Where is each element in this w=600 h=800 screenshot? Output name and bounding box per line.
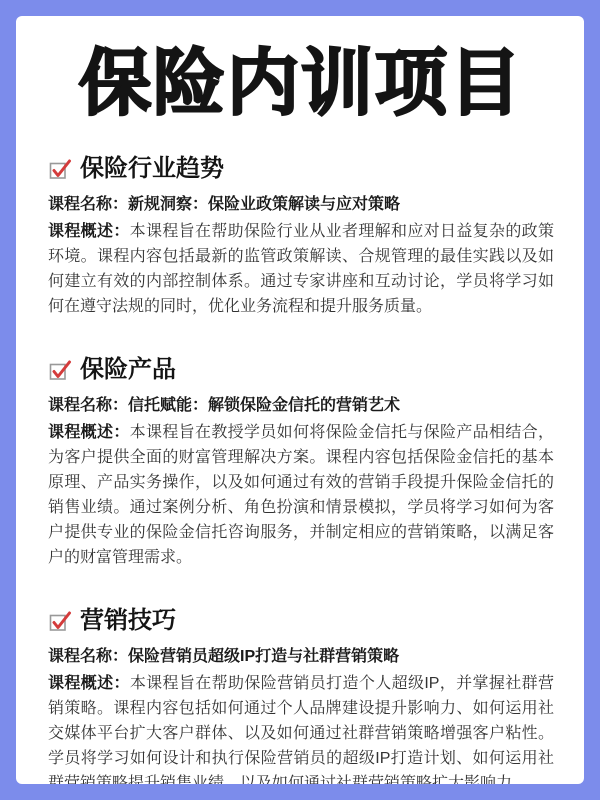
section-title: 保险行业趋势 [80,154,224,184]
course-overview-label: 课程概述： [48,223,130,240]
course-overview-label: 课程概述： [48,424,130,441]
course-name-line: 课程名称：保险营销员超级IP打造与社群营销策略 [48,644,554,669]
poster-panel: 保险内训项目 保险行业趋势 课程名称：新规洞察：保险业政策解读与应对策略 课程概… [16,16,584,784]
checkbox-checked-icon [48,358,72,382]
course-name-label: 课程名称： [48,397,128,414]
course-name-label: 课程名称： [48,648,128,665]
section-heading: 保险产品 [48,355,554,385]
course-name-line: 课程名称：信托赋能：解锁保险金信托的营销艺术 [48,393,554,418]
poster-frame: 保险内训项目 保险行业趋势 课程名称：新规洞察：保险业政策解读与应对策略 课程概… [0,0,600,800]
section-industry-trends: 保险行业趋势 课程名称：新规洞察：保险业政策解读与应对策略 课程概述：本课程旨在… [48,154,554,319]
course-overview-line: 课程概述：本课程旨在帮助保险营销员打造个人超级IP，并掌握社群营销策略。课程内容… [48,671,554,784]
section-insurance-products: 保险产品 课程名称：信托赋能：解锁保险金信托的营销艺术 课程概述：本课程旨在教授… [48,355,554,570]
course-overview-text: 本课程旨在教授学员如何将保险金信托与保险产品相结合，为客户提供全面的财富管理解决… [48,424,554,566]
page-title: 保险内训项目 [48,44,554,124]
section-heading: 保险行业趋势 [48,154,554,184]
course-name-value: 信托赋能：解锁保险金信托的营销艺术 [128,397,400,414]
checkbox-checked-icon [48,609,72,633]
course-overview-label: 课程概述： [48,675,130,692]
section-title: 保险产品 [80,355,176,385]
checkbox-checked-icon [48,157,72,181]
course-overview-line: 课程概述：本课程旨在帮助保险行业从业者理解和应对日益复杂的政策环境。课程内容包括… [48,219,554,319]
section-title: 营销技巧 [80,606,176,636]
course-name-value: 保险营销员超级IP打造与社群营销策略 [128,648,399,665]
course-name-label: 课程名称： [48,196,128,213]
course-name-value: 新规洞察：保险业政策解读与应对策略 [128,196,400,213]
course-overview-line: 课程概述：本课程旨在教授学员如何将保险金信托与保险产品相结合，为客户提供全面的财… [48,420,554,570]
course-name-line: 课程名称：新规洞察：保险业政策解读与应对策略 [48,192,554,217]
section-marketing-skills: 营销技巧 课程名称：保险营销员超级IP打造与社群营销策略 课程概述：本课程旨在帮… [48,606,554,784]
section-heading: 营销技巧 [48,606,554,636]
